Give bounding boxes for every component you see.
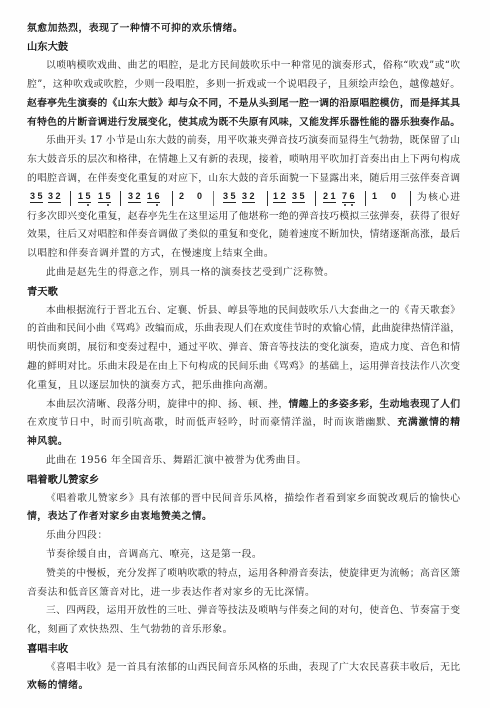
note: 5 xyxy=(300,192,305,201)
note-group: 3 2 xyxy=(242,192,255,203)
text-line: 以唢呐模吹戏曲、曲艺的唱腔，是北方民间鼓吹乐中一种常见的演奏形式，俗称“吹戏”或… xyxy=(27,57,460,76)
text-line: 欢畅的情绪。 xyxy=(27,677,460,696)
text-line: 的唱腔音调，在伴奏变化重复的对应下，山东大鼓的音乐面貌一下显露出来，随后用三弦伴… xyxy=(27,170,460,189)
measure-bar xyxy=(365,191,366,206)
note: 1 xyxy=(273,192,278,201)
text-line: 神风貌。 xyxy=(27,433,460,452)
note: 3 xyxy=(30,192,35,201)
measure-bar xyxy=(315,191,316,206)
text-line: 此曲在 1956 年全国音乐、舞蹈汇演中被誉为优秀曲目。 xyxy=(27,452,460,471)
measure-bar xyxy=(172,191,173,206)
text-line: 赵春亭先生演奏的《山东大鼓》却与众不同，不是从头到尾一腔一调的沿原唱腔模仿，而是… xyxy=(27,95,460,114)
note: 7 xyxy=(342,192,347,201)
note-group: 3 5 xyxy=(292,192,305,203)
note: 1 xyxy=(147,192,152,201)
text-line: 在欢度节日中，时而引吭高歌，时而低声轻吟，时而豪情洋溢，时而诙谐幽默、充满激情的… xyxy=(27,414,460,433)
measure-bar xyxy=(213,191,214,206)
note: 1 xyxy=(372,192,377,201)
text-line: 化重复，且以逐层加快的演奏方式，把乐曲推向高潮。 xyxy=(27,377,460,396)
note: 3 xyxy=(128,192,133,201)
note: 3 xyxy=(242,192,247,201)
note: 5 xyxy=(38,192,43,201)
note: 1 xyxy=(331,192,336,201)
text-segment-emphasis: 充满激情的精 xyxy=(397,417,460,428)
section-heading: 青天歌 xyxy=(27,283,460,302)
note-group: 3 2 xyxy=(48,192,61,203)
note-group: 1 xyxy=(372,192,377,202)
measure-bar xyxy=(70,191,71,206)
text-line: 以唱腔和伴奏音调并置的方式，在慢速度上结束全曲。 xyxy=(27,245,460,264)
note-group: 3 2 xyxy=(128,192,141,203)
measure-bar xyxy=(267,191,268,206)
text-line: 本曲层次清晰、段落分明，旋律中的抑、扬、顿、挫，情趣上的多姿多彩，生动地表现了人… xyxy=(27,396,460,415)
text-line: 赞美的中慢板，充分发挥了唢呐吹歌的特点，运用各种滑音奏法，使旋律更为流畅；高音区… xyxy=(27,565,460,584)
note: 3 xyxy=(48,192,53,201)
note: 2 xyxy=(179,192,184,201)
note: 2 xyxy=(281,192,286,201)
note-group: 2 1 xyxy=(323,192,336,203)
text-line: 腔”，这种吹戏或吹腔，少则一段唱腔，多则一折戏或一个说唱段子，且须绘声绘色，越像… xyxy=(27,76,460,95)
text-segment-emphasis: 情趣上的多姿多彩，生动地表现了人们 xyxy=(289,399,460,410)
text-line: 乐曲开头 17 小节是山东大鼓的前奏，用平吹兼夹弹音技巧演奏而显得生气勃勃，既保… xyxy=(27,132,460,151)
text-line: 乐曲分四段： xyxy=(27,527,460,546)
text-line: 有特色的片断音调进行发展变化，使其成为既不失原有风味，又能发挥乐器性能的器乐独奏… xyxy=(27,114,460,133)
text-line: 音奏法和低音区箫音对比，进一步表达作者对家乡的无比深情。 xyxy=(27,584,460,603)
measure-bar xyxy=(120,191,121,206)
note: 6 xyxy=(350,192,355,201)
text-line: 此曲是赵先生的得意之作，别具一格的演奏技艺受到广泛称赞。 xyxy=(27,264,460,283)
text-line: 情，表达了作者对家乡由衷地赞美之情。 xyxy=(27,508,460,527)
note-group: 3 5 xyxy=(223,192,236,203)
text-line: 行多次即兴变化重复，赵春亭先生在这里运用了他堪称一绝的弹音技巧模拟三弦弹奏，获得… xyxy=(27,208,460,227)
text-line: 节奏徐缓自由，音调高亢、嘹亮，这是第一段。 xyxy=(27,546,460,565)
note-group: 0 xyxy=(197,192,202,202)
text-line: 《喜唱丰收》是一首具有浓郁的山西民间音乐风格的乐曲，表现了广大农民喜获丰收后，无… xyxy=(27,659,460,678)
note: 1 xyxy=(78,192,83,201)
note-group: 1 2 xyxy=(273,192,286,203)
text-line: 《唱着歌儿赞家乡》具有浓郁的晋中民间音乐风格，描绘作者看到家乡面貌改观后的愉快心 xyxy=(27,490,460,509)
note: 0 xyxy=(197,192,202,201)
section-heading: 唱着歌儿赞家乡 xyxy=(27,471,460,490)
note: 6 xyxy=(155,192,160,201)
text-segment: 在欢度节日中，时而引吭高歌，时而低声轻吟，时而豪情洋溢，时而诙谐幽默、 xyxy=(27,417,397,428)
note-group: 1 5 xyxy=(78,192,91,203)
note: 2 xyxy=(250,192,255,201)
note-group: 2 xyxy=(179,192,184,202)
note: 0 xyxy=(391,192,396,201)
note: 2 xyxy=(323,192,328,201)
text-line: 三、四两段，运用开放性的三吐、弹音等技法及唢呐与伴奏之间的对句，使音色、节奏富于… xyxy=(27,602,460,621)
text-line: 效果，往后又对唱腔和伴奏音调做了类似的重复和变化，随着速度不断加快，情绪逐渐高涨… xyxy=(27,226,460,245)
note: 5 xyxy=(231,192,236,201)
note: 3 xyxy=(223,192,228,201)
note: 5 xyxy=(106,192,111,201)
note-group: 0 xyxy=(391,192,396,202)
jianpu-notation: 3 5 3 2 1 5 1 5 3 2 1 6 2 xyxy=(27,189,460,208)
section-heading: 喜唱丰收 xyxy=(27,640,460,659)
note-group: 7 6 xyxy=(342,192,355,203)
text-line: 趣的鲜明对比。乐曲末段是在由上下句构成的民间乐曲《骂鸡》的基础上，运用弹音技法作… xyxy=(27,358,460,377)
document-page: 氛愈加热烈，表现了一种情不可抑的欢乐情绪。 山东大鼓 以唢呐模吹戏曲、曲艺的唱腔… xyxy=(27,20,460,697)
note-group: 3 5 xyxy=(30,192,43,203)
text-line: 本曲根据流行于晋北五台、定襄、忻县、崞县等地的民间鼓吹乐八大套曲之一的《青天歌套… xyxy=(27,302,460,321)
notation-trailing-text: 为核心进 xyxy=(417,189,460,208)
text-line: 东大鼓音乐的层次和格律，在情趣上又有新的表现，接着，唢呐用平吹加打音奏出由上下两… xyxy=(27,151,460,170)
note: 1 xyxy=(98,192,103,201)
text-line: 氛愈加热烈，表现了一种情不可抑的欢乐情绪。 xyxy=(27,20,460,39)
note-group: 1 6 xyxy=(147,192,160,203)
text-line: 明快而爽朗，展衍和变奏过程中，通过平吹、弹音、箫音等技法的变化演奏，造成力度、音… xyxy=(27,339,460,358)
note: 2 xyxy=(56,192,61,201)
note: 5 xyxy=(86,192,91,201)
note-group: 1 5 xyxy=(98,192,111,203)
note: 3 xyxy=(292,192,297,201)
note: 2 xyxy=(136,192,141,201)
section-heading: 山东大鼓 xyxy=(27,38,460,57)
text-line: 的首曲和民间小曲《骂鸡》改编而成，乐曲表现人们在欢度佳节时的欢愉心情，此曲旋律热… xyxy=(27,320,460,339)
text-segment: 本曲层次清晰、段落分明，旋律中的抑、扬、顿、挫， xyxy=(46,399,289,410)
measure-bar xyxy=(410,191,411,206)
text-line: 化，刻画了欢快热烈、生气勃勃的音乐形象。 xyxy=(27,621,460,640)
